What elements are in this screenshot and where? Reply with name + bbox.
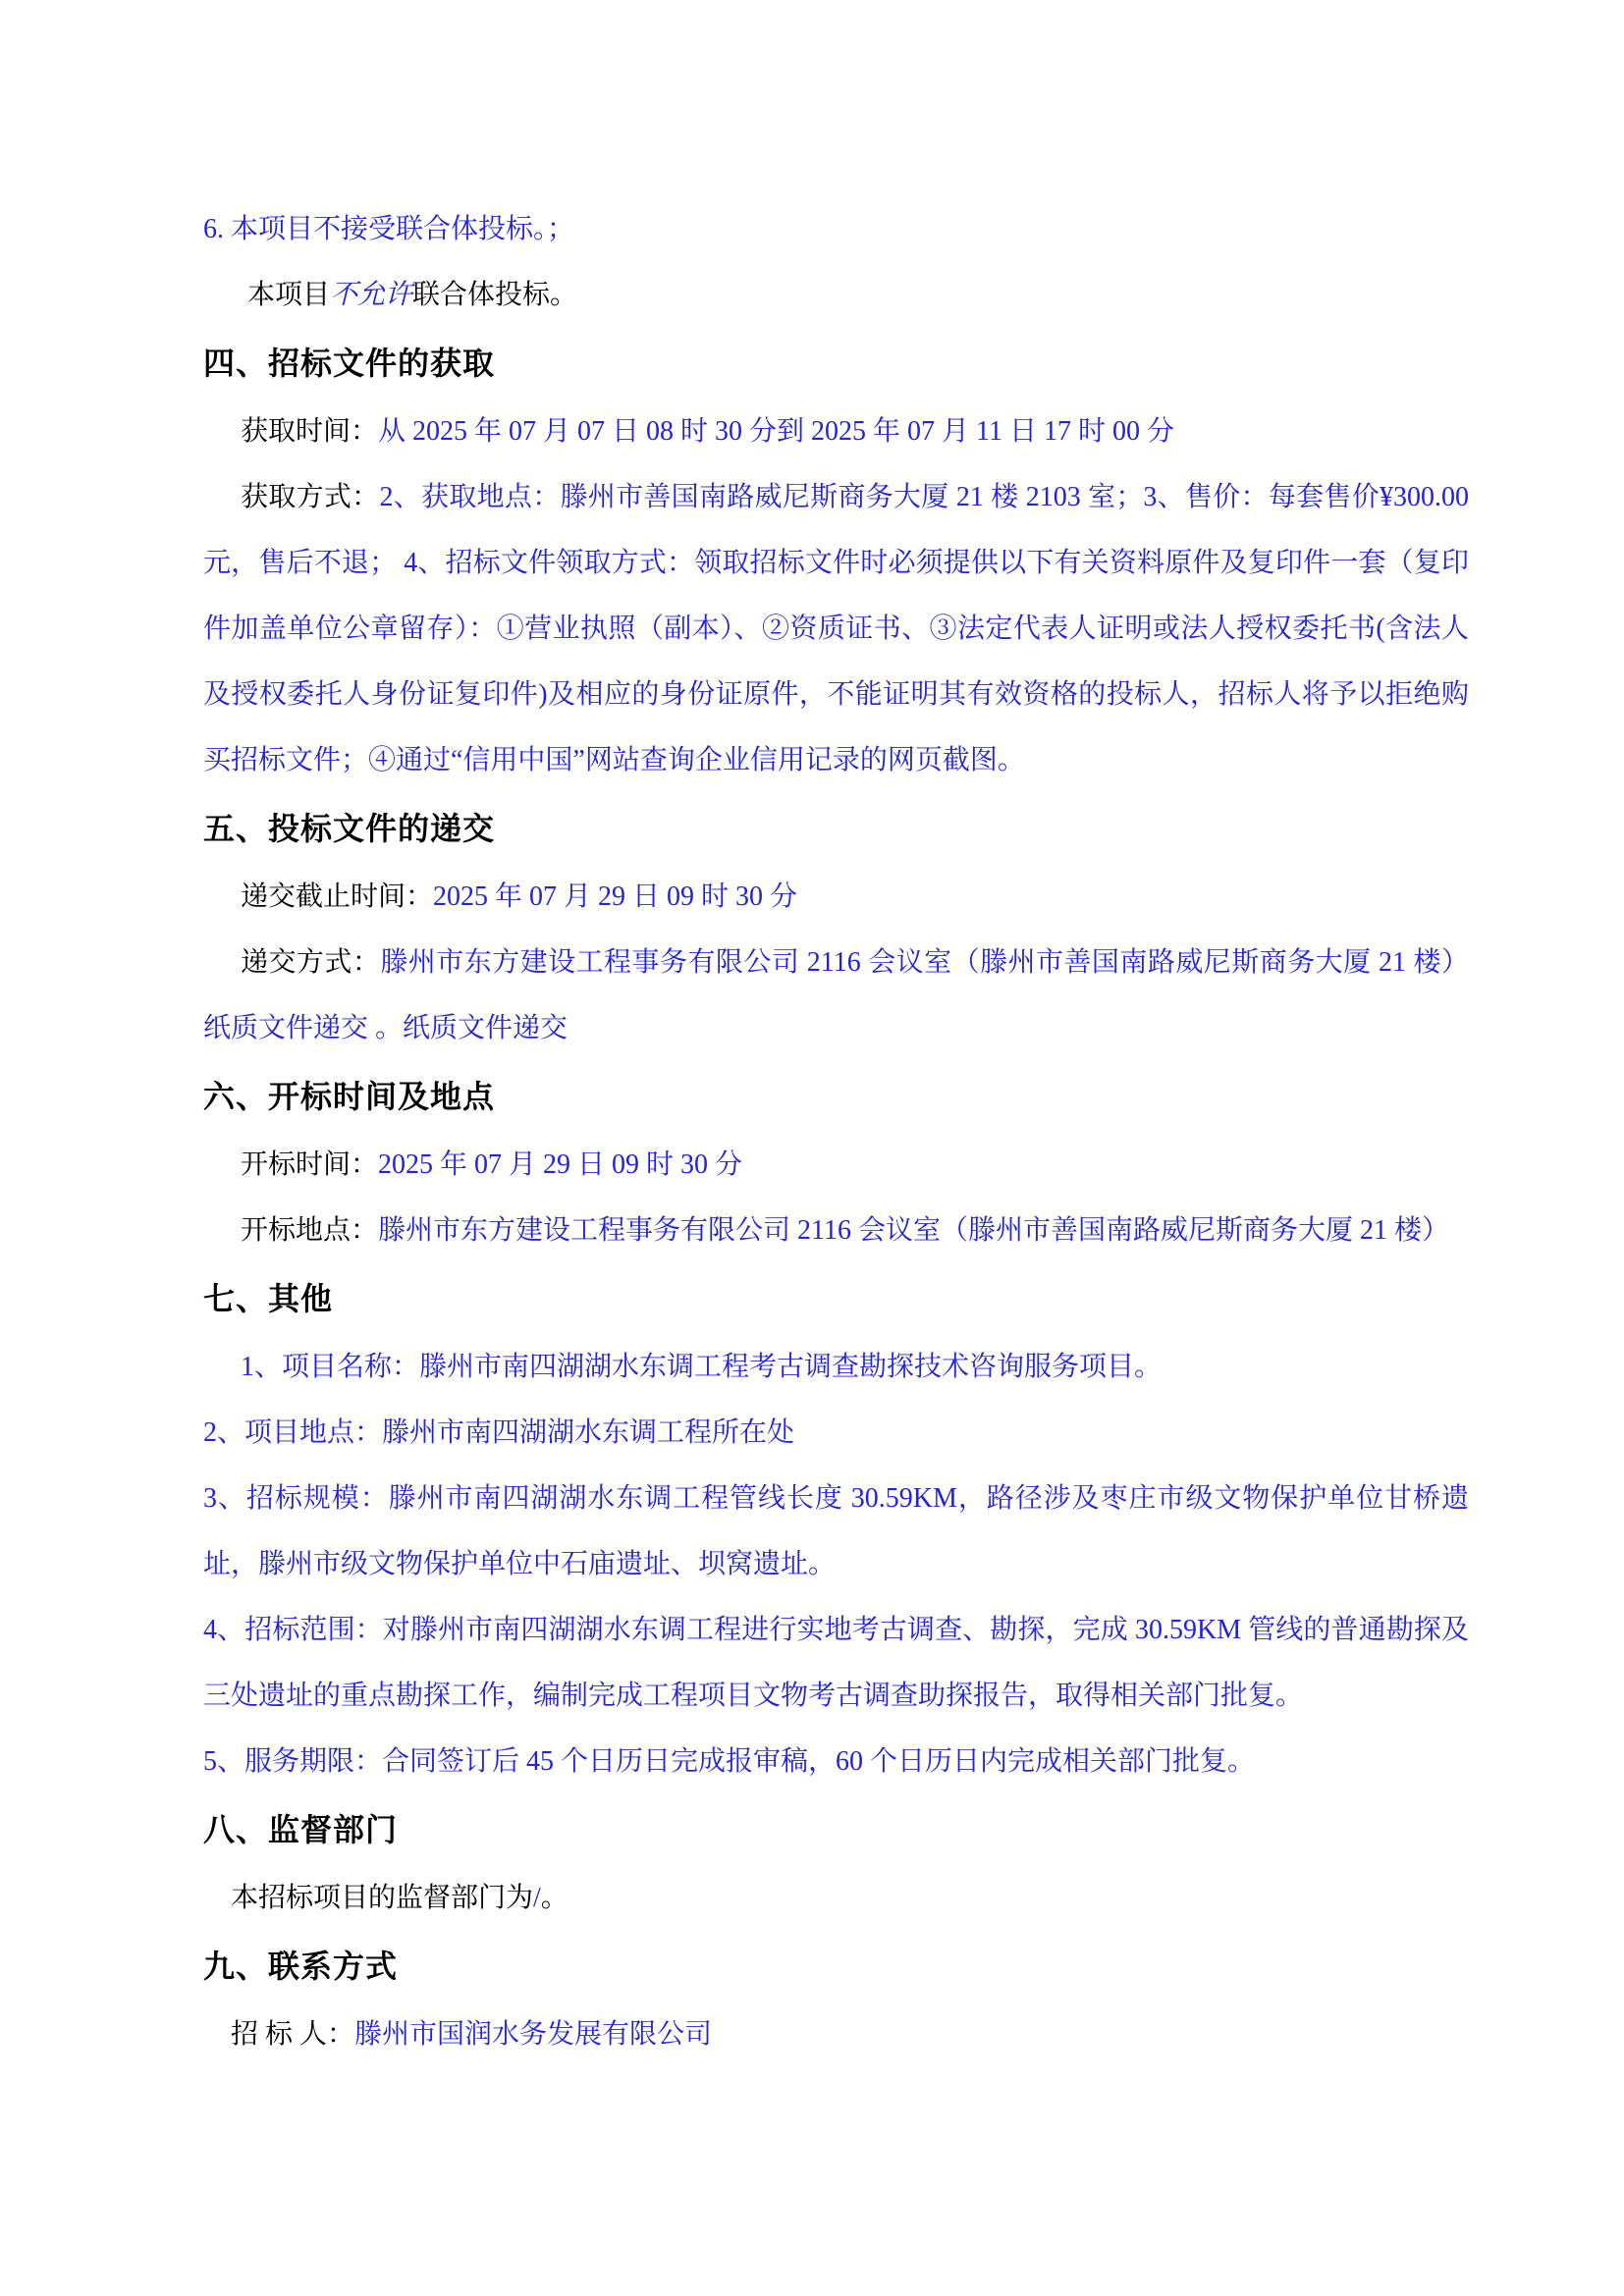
opening-place-paragraph: 开标地点：滕州市东方建设工程事务有限公司 2116 会议室（滕州市善国南路威尼斯… (203, 1198, 1469, 1263)
obtain-method-value: 2、获取地点：滕州市善国南路威尼斯商务大厦 21 楼 2103 室；3、售价：每… (203, 482, 1469, 775)
joint-bid-detail: 本项目不允许联合体投标。 (203, 262, 1469, 328)
submit-method-value: 滕州市东方建设工程事务有限公司 2116 会议室（滕州市善国南路威尼斯商务大厦 … (203, 947, 1469, 1043)
tenderer-label: 招 标 人： (231, 2019, 354, 2050)
other-item-service-period: 5、服务期限：合同签订后 45 个日历日完成报审稿，60 个日历日内完成相关部门… (203, 1729, 1469, 1794)
tenderer-line: 招 标 人：滕州市国润水务发展有限公司 (203, 2002, 1469, 2067)
supervision-pre: 本招标项目的监督部门为 (231, 1883, 533, 1913)
section4-heading: 四、招标文件的获取 (203, 333, 1469, 394)
other-item-project-location: 2、项目地点：滕州市南四湖湖水东调工程所在处 (203, 1400, 1469, 1466)
section5-heading: 五、投标文件的递交 (203, 798, 1469, 859)
submit-method-label: 递交方式： (241, 947, 380, 978)
submit-deadline-line: 递交截止时间：2025 年 07 月 29 日 09 时 30 分 (203, 864, 1469, 930)
submit-method-paragraph: 递交方式：滕州市东方建设工程事务有限公司 2116 会议室（滕州市善国南路威尼斯… (203, 930, 1469, 1061)
joint-bid-note: 6. 本项目不接受联合体投标。； (203, 196, 1469, 262)
joint-bid-detail-pre: 本项目 (247, 280, 330, 310)
opening-place-value: 滕州市东方建设工程事务有限公司 2116 会议室（滕州市善国南路威尼斯商务大厦 … (378, 1215, 1449, 1246)
supervision-line: 本招标项目的监督部门为/。 (203, 1865, 1469, 1931)
obtain-method-label: 获取方式： (241, 482, 379, 512)
supervision-post: 。 (541, 1883, 568, 1913)
section8-heading: 八、监督部门 (203, 1799, 1469, 1860)
section6-heading: 六、开标时间及地点 (203, 1066, 1469, 1127)
section7-heading: 七、其他 (203, 1268, 1469, 1329)
submit-deadline-value: 2025 年 07 月 29 日 09 时 30 分 (433, 881, 797, 912)
other-item-tender-scale: 3、招标规模：滕州市南四湖湖水东调工程管线长度 30.59KM，路径涉及枣庄市级… (203, 1466, 1469, 1597)
section9-heading: 九、联系方式 (203, 1936, 1469, 1997)
submit-deadline-label: 递交截止时间： (241, 881, 433, 912)
obtain-time-line: 获取时间：从 2025 年 07 月 07 日 08 时 30 分到 2025 … (203, 399, 1469, 464)
obtain-method-paragraph: 获取方式：2、获取地点：滕州市善国南路威尼斯商务大厦 21 楼 2103 室；3… (203, 464, 1469, 793)
obtain-time-value: 从 2025 年 07 月 07 日 08 时 30 分到 2025 年 07 … (378, 416, 1174, 447)
obtain-time-label: 获取时间： (241, 416, 378, 447)
opening-time-line: 开标时间：2025 年 07 月 29 日 09 时 30 分 (203, 1132, 1469, 1198)
opening-place-label: 开标地点： (241, 1215, 378, 1246)
other-item-tender-scope: 4、招标范围：对滕州市南四湖湖水东调工程进行实地考古调查、勘探，完成 30.59… (203, 1597, 1469, 1729)
tenderer-value: 滕州市国润水务发展有限公司 (354, 2019, 712, 2050)
joint-bid-detail-emphasis: 不允许 (330, 280, 412, 310)
opening-time-value: 2025 年 07 月 29 日 09 时 30 分 (378, 1149, 742, 1180)
opening-time-label: 开标时间： (241, 1149, 378, 1180)
joint-bid-detail-post: 联合体投标。 (412, 280, 577, 310)
other-item-project-name: 1、项目名称：滕州市南四湖湖水东调工程考古调查勘探技术咨询服务项目。 (203, 1334, 1469, 1400)
supervision-slash: / (533, 1883, 541, 1913)
document-page: 6. 本项目不接受联合体投标。； 本项目不允许联合体投标。 四、招标文件的获取 … (0, 0, 1624, 2296)
